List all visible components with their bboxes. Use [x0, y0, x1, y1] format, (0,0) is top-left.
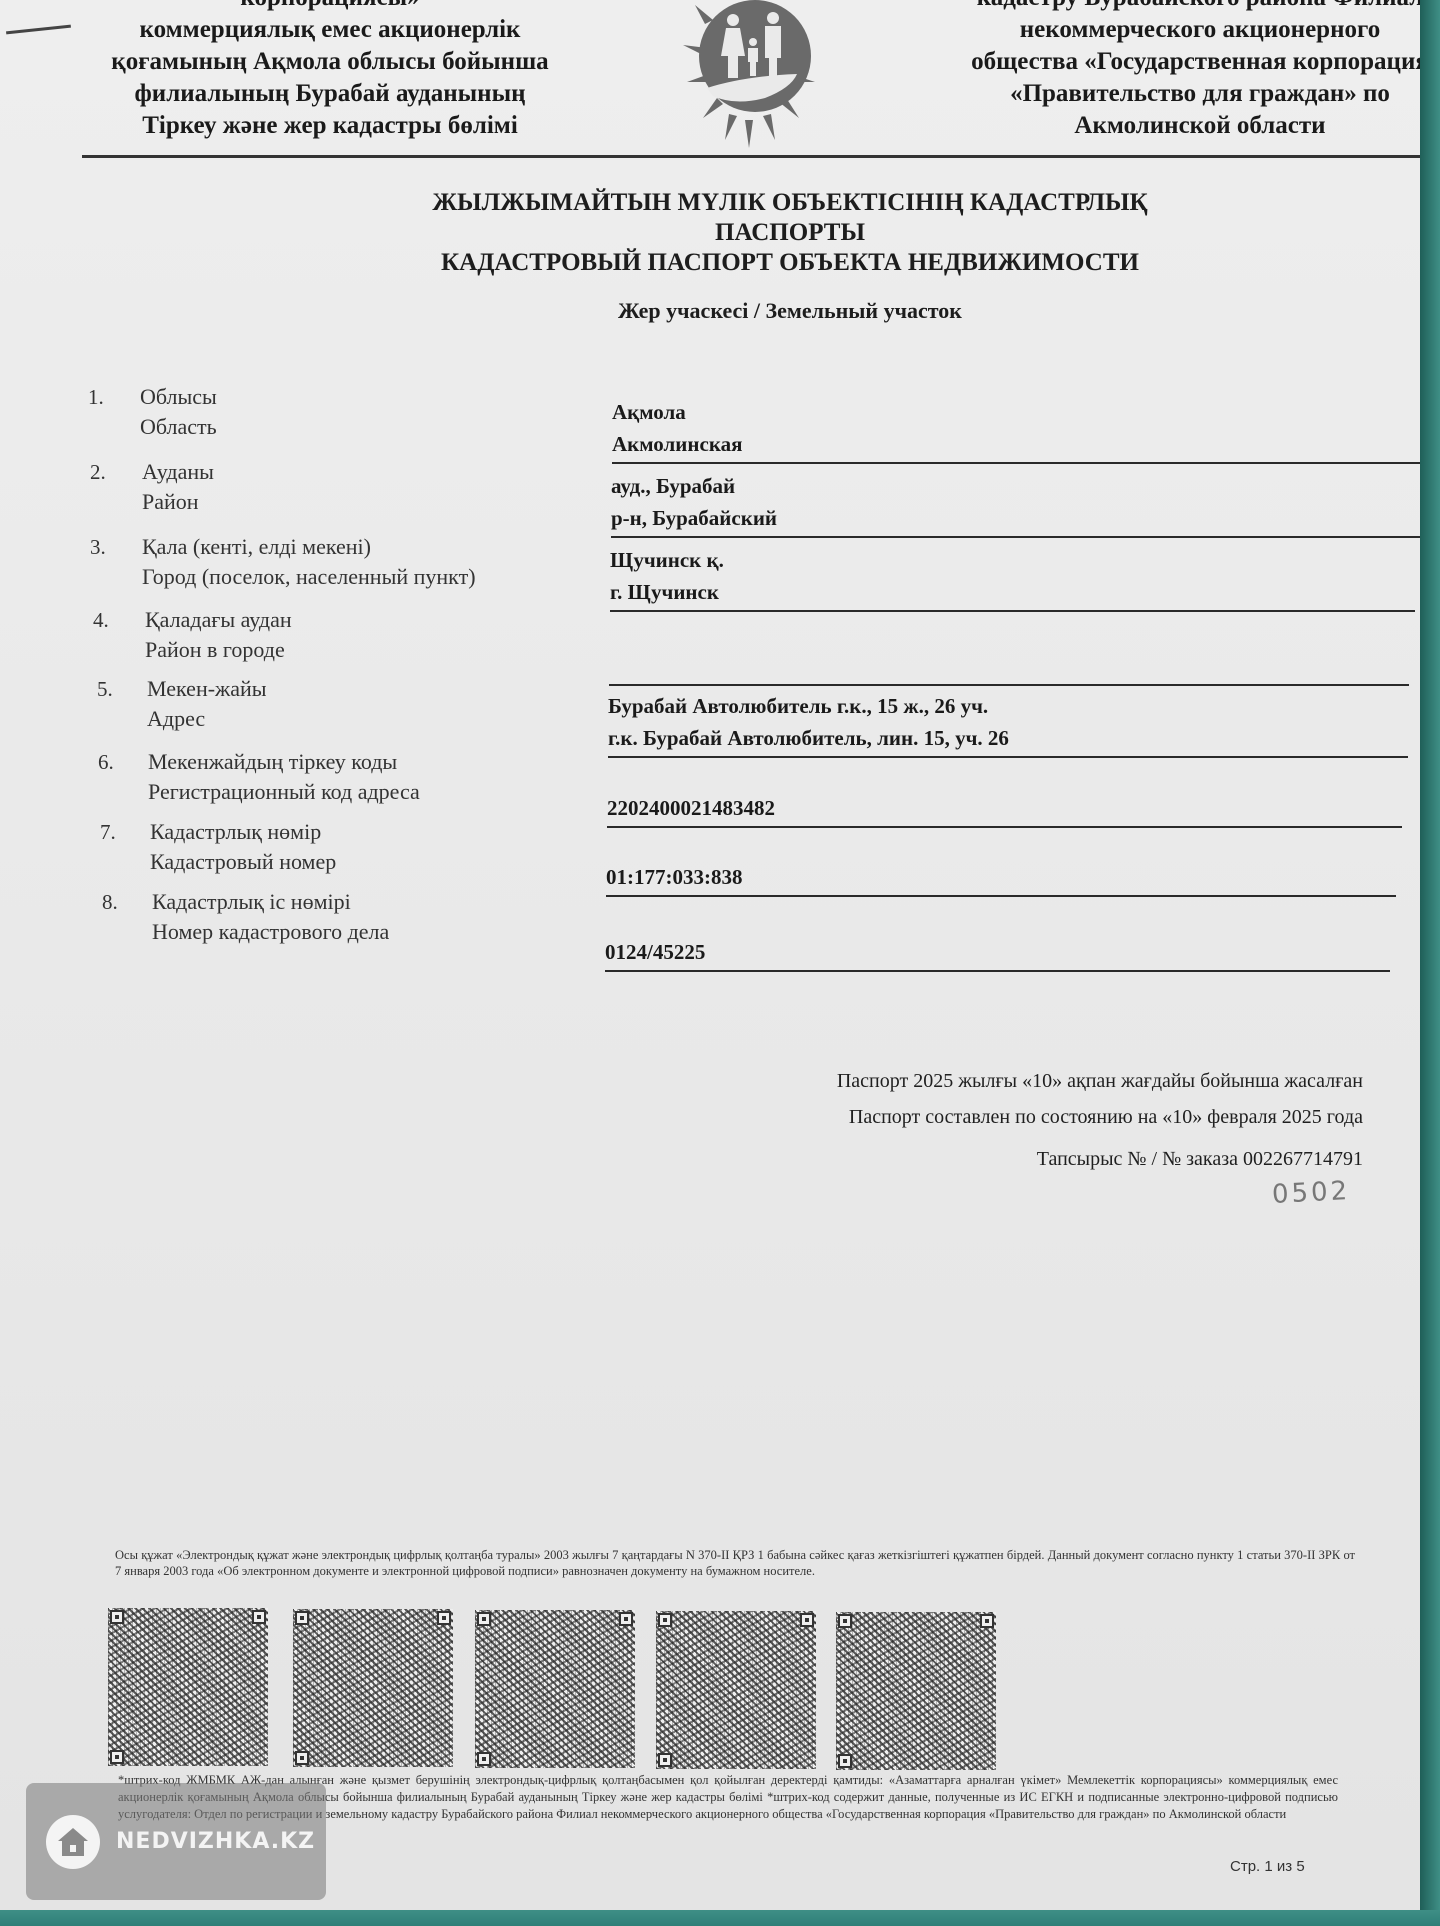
- header-left-line: Тіркеу және жер кадастры бөлімі: [90, 110, 570, 142]
- field-underline: [610, 610, 1415, 612]
- field-label-ru: Регистрационный код адреса: [148, 777, 420, 807]
- field-label-kz: Мекен-жайы: [147, 674, 267, 704]
- qr-code-icon: [475, 1610, 635, 1768]
- house-icon: [46, 1815, 100, 1869]
- field-underline: [611, 536, 1421, 538]
- title-ru: КАДАСТРОВЫЙ ПАСПОРТ ОБЪЕКТА НЕДВИЖИМОСТИ: [400, 248, 1180, 278]
- field-value-kz: Бурабай Автолюбитель г.к., 15 ж., 26 уч.: [608, 690, 1009, 722]
- field-label: Қала (кенті, елді мекені) Город (поселок…: [142, 532, 476, 592]
- pen-mark: [6, 25, 71, 35]
- field-label-ru: Город (поселок, населенный пункт): [142, 562, 476, 592]
- field-number: 3.: [90, 535, 106, 560]
- field-label-ru: Область: [140, 412, 217, 442]
- field-value: 0124/45225: [605, 904, 705, 968]
- document-page: корпорациясы» коммерциялық емес акционер…: [0, 0, 1420, 1910]
- field-label-ru: Район: [142, 487, 214, 517]
- field-value-kz: [607, 760, 775, 792]
- field-underline: [607, 826, 1402, 828]
- field-label: Ауданы Район: [142, 457, 214, 517]
- field-value: Щучинск қ. г. Щучинск: [610, 544, 724, 608]
- watermark-text: NEDVIZHKA.KZ: [116, 1829, 315, 1854]
- legal-notice-kz: Осы құжат «Электрондық құжат және электр…: [115, 1548, 1045, 1562]
- field-value: ауд., Бурабай р-н, Бурабайский: [611, 470, 777, 534]
- field-label-kz: Облысы: [140, 382, 217, 412]
- family-in-hand-sun-logo-icon: [665, 0, 825, 160]
- field-underline: [609, 684, 1409, 686]
- qr-code-icon: [836, 1612, 996, 1770]
- field-label: Кадастрлық нөмір Кадастровый номер: [150, 817, 336, 877]
- passport-dates: Паспорт 2025 жылғы «10» ақпан жағдайы бо…: [837, 1063, 1363, 1177]
- field-value: Ақмола Акмолинская: [612, 396, 742, 460]
- field-label-kz: Ауданы: [142, 457, 214, 487]
- qr-code-icon: [656, 1611, 816, 1769]
- field-number: 4.: [93, 608, 109, 633]
- field-number: 8.: [102, 890, 118, 915]
- field-value-ru: 0124/45225: [605, 936, 705, 968]
- field-label-kz: Кадастрлық іс нөмірі: [152, 887, 389, 917]
- field-label: Мекенжайдың тіркеу коды Регистрационный …: [148, 747, 420, 807]
- page-number: Стр. 1 из 5: [1230, 1858, 1305, 1875]
- header-left-line: корпорациясы»: [90, 0, 570, 14]
- field-label: Облысы Область: [140, 382, 217, 442]
- header-left-kz: корпорациясы» коммерциялық емес акционер…: [90, 0, 570, 142]
- binder-edge-bottom: [0, 1910, 1440, 1926]
- field-value-kz: [606, 829, 742, 861]
- header-right-line: «Правительство для граждан» по: [950, 78, 1440, 110]
- field-label-kz: Қаладағы аудан: [145, 605, 292, 635]
- field-label: Қаладағы аудан Район в городе: [145, 605, 292, 665]
- legal-notice: Осы құжат «Электрондық құжат және электр…: [115, 1547, 1355, 1579]
- binder-edge: [1420, 0, 1440, 1926]
- field-value-ru: г. Щучинск: [610, 576, 724, 608]
- field-number: 2.: [90, 460, 106, 485]
- field-label-ru: Район в городе: [145, 635, 292, 665]
- field-value-kz: Ақмола: [612, 396, 742, 428]
- field-number: 1.: [88, 385, 104, 410]
- order-number: Тапсырыс № / № заказа 002267714791: [837, 1141, 1363, 1177]
- field-value-kz: ауд., Бурабай: [611, 470, 777, 502]
- date-ru: Паспорт составлен по состоянию на «10» ф…: [837, 1099, 1363, 1135]
- field-underline: [608, 756, 1408, 758]
- document-subtitle: Жер учаскесі / Земельный участок: [400, 298, 1180, 324]
- field-value: 01:177:033:838: [606, 829, 742, 893]
- date-kz: Паспорт 2025 жылғы «10» ақпан жағдайы бо…: [837, 1063, 1363, 1099]
- field-number: 6.: [98, 750, 114, 775]
- field-label-kz: Кадастрлық нөмір: [150, 817, 336, 847]
- field-value: 2202400021483482: [607, 760, 775, 824]
- title-kz-line1: ЖЫЛЖЫМАЙТЫН МҮЛІК ОБЪЕКТІСІНІҢ КАДАСТРЛЫ…: [400, 188, 1180, 218]
- qr-code-icon: [293, 1609, 453, 1767]
- document-title: ЖЫЛЖЫМАЙТЫН МҮЛІК ОБЪЕКТІСІНІҢ КАДАСТРЛЫ…: [400, 188, 1180, 278]
- title-kz-line2: ПАСПОРТЫ: [400, 218, 1180, 248]
- header-right-line: Акмолинской области: [950, 110, 1440, 142]
- header-left-line: қоғамының Ақмола облысы бойынша: [90, 46, 570, 78]
- field-value: Бурабай Автолюбитель г.к., 15 ж., 26 уч.…: [608, 690, 1009, 754]
- field-value-ru: г.к. Бурабай Автолюбитель, лин. 15, уч. …: [608, 722, 1009, 754]
- field-underline: [605, 970, 1390, 972]
- header-right-line: кадастру Бурабайского района Филиал: [950, 0, 1440, 14]
- qr-codes: [108, 1608, 1008, 1768]
- field-value-kz: Щучинск қ.: [610, 544, 724, 576]
- field-underline: [612, 462, 1427, 464]
- header-right-line: общества «Государственная корпорация: [950, 46, 1440, 78]
- field-label-ru: Кадастровый номер: [150, 847, 336, 877]
- header-right-ru: кадастру Бурабайского района Филиал неко…: [950, 0, 1440, 142]
- field-value-ru: р-н, Бурабайский: [611, 502, 777, 534]
- field-number: 7.: [100, 820, 116, 845]
- field-label-ru: Номер кадастрового дела: [152, 917, 389, 947]
- field-label-ru: Адрес: [147, 704, 267, 734]
- header-right-line: некоммерческого акционерного: [950, 14, 1440, 46]
- handwritten-note: 0502: [1271, 1176, 1351, 1210]
- header-left-line: коммерциялық емес акционерлік: [90, 14, 570, 46]
- field-value-kz: [605, 904, 705, 936]
- field-label-kz: Қала (кенті, елді мекені): [142, 532, 476, 562]
- field-underline: [606, 895, 1396, 897]
- qr-code-icon: [108, 1608, 268, 1766]
- header-left-line: филиалының Бурабай ауданының: [90, 78, 570, 110]
- field-number: 5.: [97, 677, 113, 702]
- field-label: Мекен-жайы Адрес: [147, 674, 267, 734]
- header-divider: [82, 155, 1440, 158]
- watermark: NEDVIZHKA.KZ: [26, 1783, 326, 1900]
- field-value-ru: 2202400021483482: [607, 792, 775, 824]
- field-label: Кадастрлық іс нөмірі Номер кадастрового …: [152, 887, 389, 947]
- field-label-kz: Мекенжайдың тіркеу коды: [148, 747, 420, 777]
- field-value-ru: Акмолинская: [612, 428, 742, 460]
- field-value-ru: 01:177:033:838: [606, 861, 742, 893]
